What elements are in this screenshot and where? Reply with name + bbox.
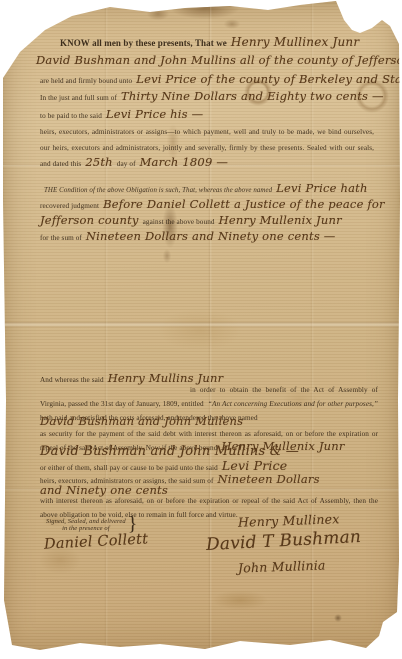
opening-line-3: are held and firmly bound unto Levi Pric… (40, 70, 402, 88)
signer-2-signature: David T Bushman (206, 527, 362, 555)
handwritten-sum: Thirty Nine Dollars and Eighty two cents… (121, 89, 384, 103)
handwritten-debtor-name: Henry Mullenix Junr (219, 213, 342, 227)
handwritten-judgment-sum: Nineteen Dollars (217, 472, 319, 486)
opening-clause-block: heirs, executors, administrators or assi… (40, 123, 374, 171)
handwritten-signature: David T Bushman (206, 527, 362, 555)
handwritten-obligee-name: Levi Price of the county of Berkeley and… (136, 72, 402, 86)
handwritten-signature: Daniel Collett (44, 531, 149, 552)
handwritten-signature: John Mullinia (238, 557, 326, 575)
document-paper: KNOW all men by these presents, That we … (0, 0, 402, 659)
handwritten-day: 25th (85, 155, 112, 169)
printed-text: recovered judgment (40, 202, 99, 210)
handwritten-obligor-names: Henry Mullinex Junr (231, 35, 359, 49)
fold-crease-horizontal-2 (0, 322, 402, 327)
handwritten-obligee-name: Levi Price hath (276, 181, 367, 195)
handwritten-county: Jefferson county (40, 213, 139, 227)
signer-3-signature: John Mullinia (238, 556, 326, 577)
opening-line-2: David Bushman and John Mullins all of th… (36, 51, 402, 69)
printed-text: KNOW all men by these presents, That we (60, 38, 227, 48)
opening-line-4: In the just and full sum of Thirty Nine … (40, 87, 384, 105)
handwritten-obligee-name: Levi Price his — (106, 107, 203, 121)
printed-text: In the just and full sum of (40, 94, 117, 102)
printed-act-title: “An Act concerning Executions and for ot… (208, 400, 378, 408)
printed-text: to be paid to the said (40, 112, 102, 120)
printed-text: THE Condition of the above Obligation is… (44, 187, 272, 194)
handwritten-date: March 1809 — (140, 155, 228, 169)
condition-line-4: for the sum of Nineteen Dollars and Nine… (40, 227, 336, 245)
opening-line-1: KNOW all men by these presents, That we … (60, 33, 359, 51)
handwritten-signature: Henry Mullinex (238, 511, 340, 530)
printed-text: against the above bound (143, 218, 215, 226)
opening-line-5: to be paid to the said Levi Price his — (40, 105, 203, 123)
handwritten-obligor-names: David Bushman and John Mullins all of th… (36, 53, 402, 67)
printed-attest-text: Signed, Sealed, and delivered (46, 518, 126, 525)
handwritten-justice-name: Before Daniel Collett a Justice of the p… (103, 197, 385, 211)
photo-background: KNOW all men by these presents, That we … (0, 0, 402, 659)
handwritten-judgment-sum: Nineteen Dollars and Ninety one cents — (86, 229, 336, 243)
printed-text: day of (117, 160, 136, 168)
printed-text: are held and firmly bound unto (40, 77, 132, 85)
printed-attest-text: in the presence of (46, 525, 126, 532)
printed-text: for the sum of (40, 234, 82, 242)
